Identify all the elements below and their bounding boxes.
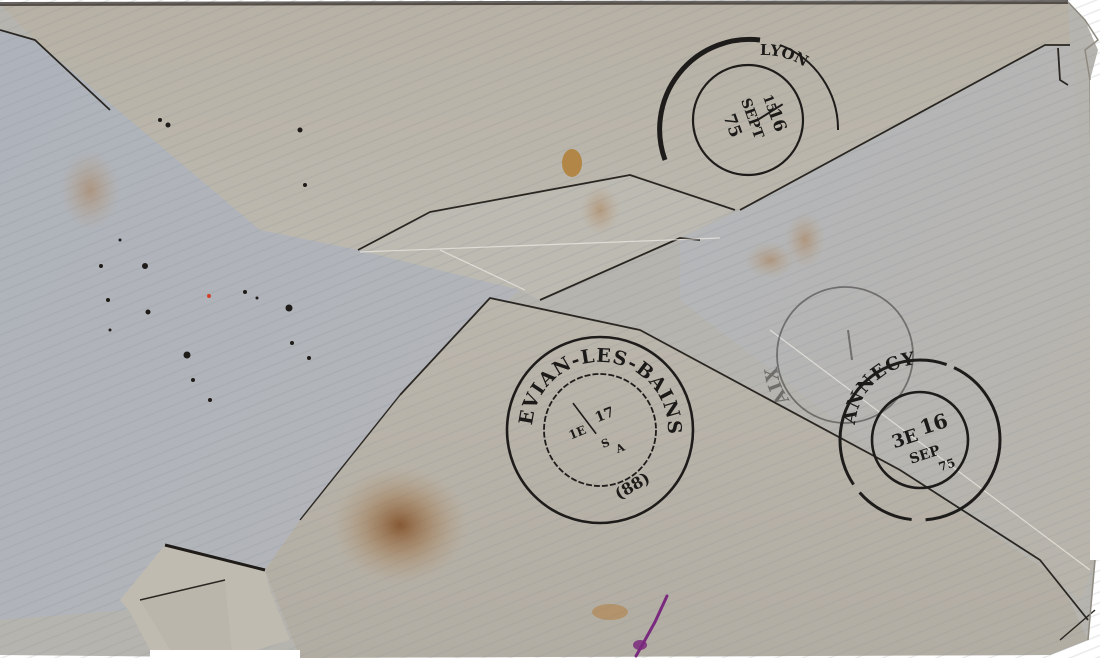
large-brown-stain — [330, 465, 470, 585]
envelope-photo: LYON 15 16 SEPT 75 EVIAN-LES-BAINS (88) … — [0, 0, 1100, 658]
small-rust-spot — [562, 149, 582, 177]
